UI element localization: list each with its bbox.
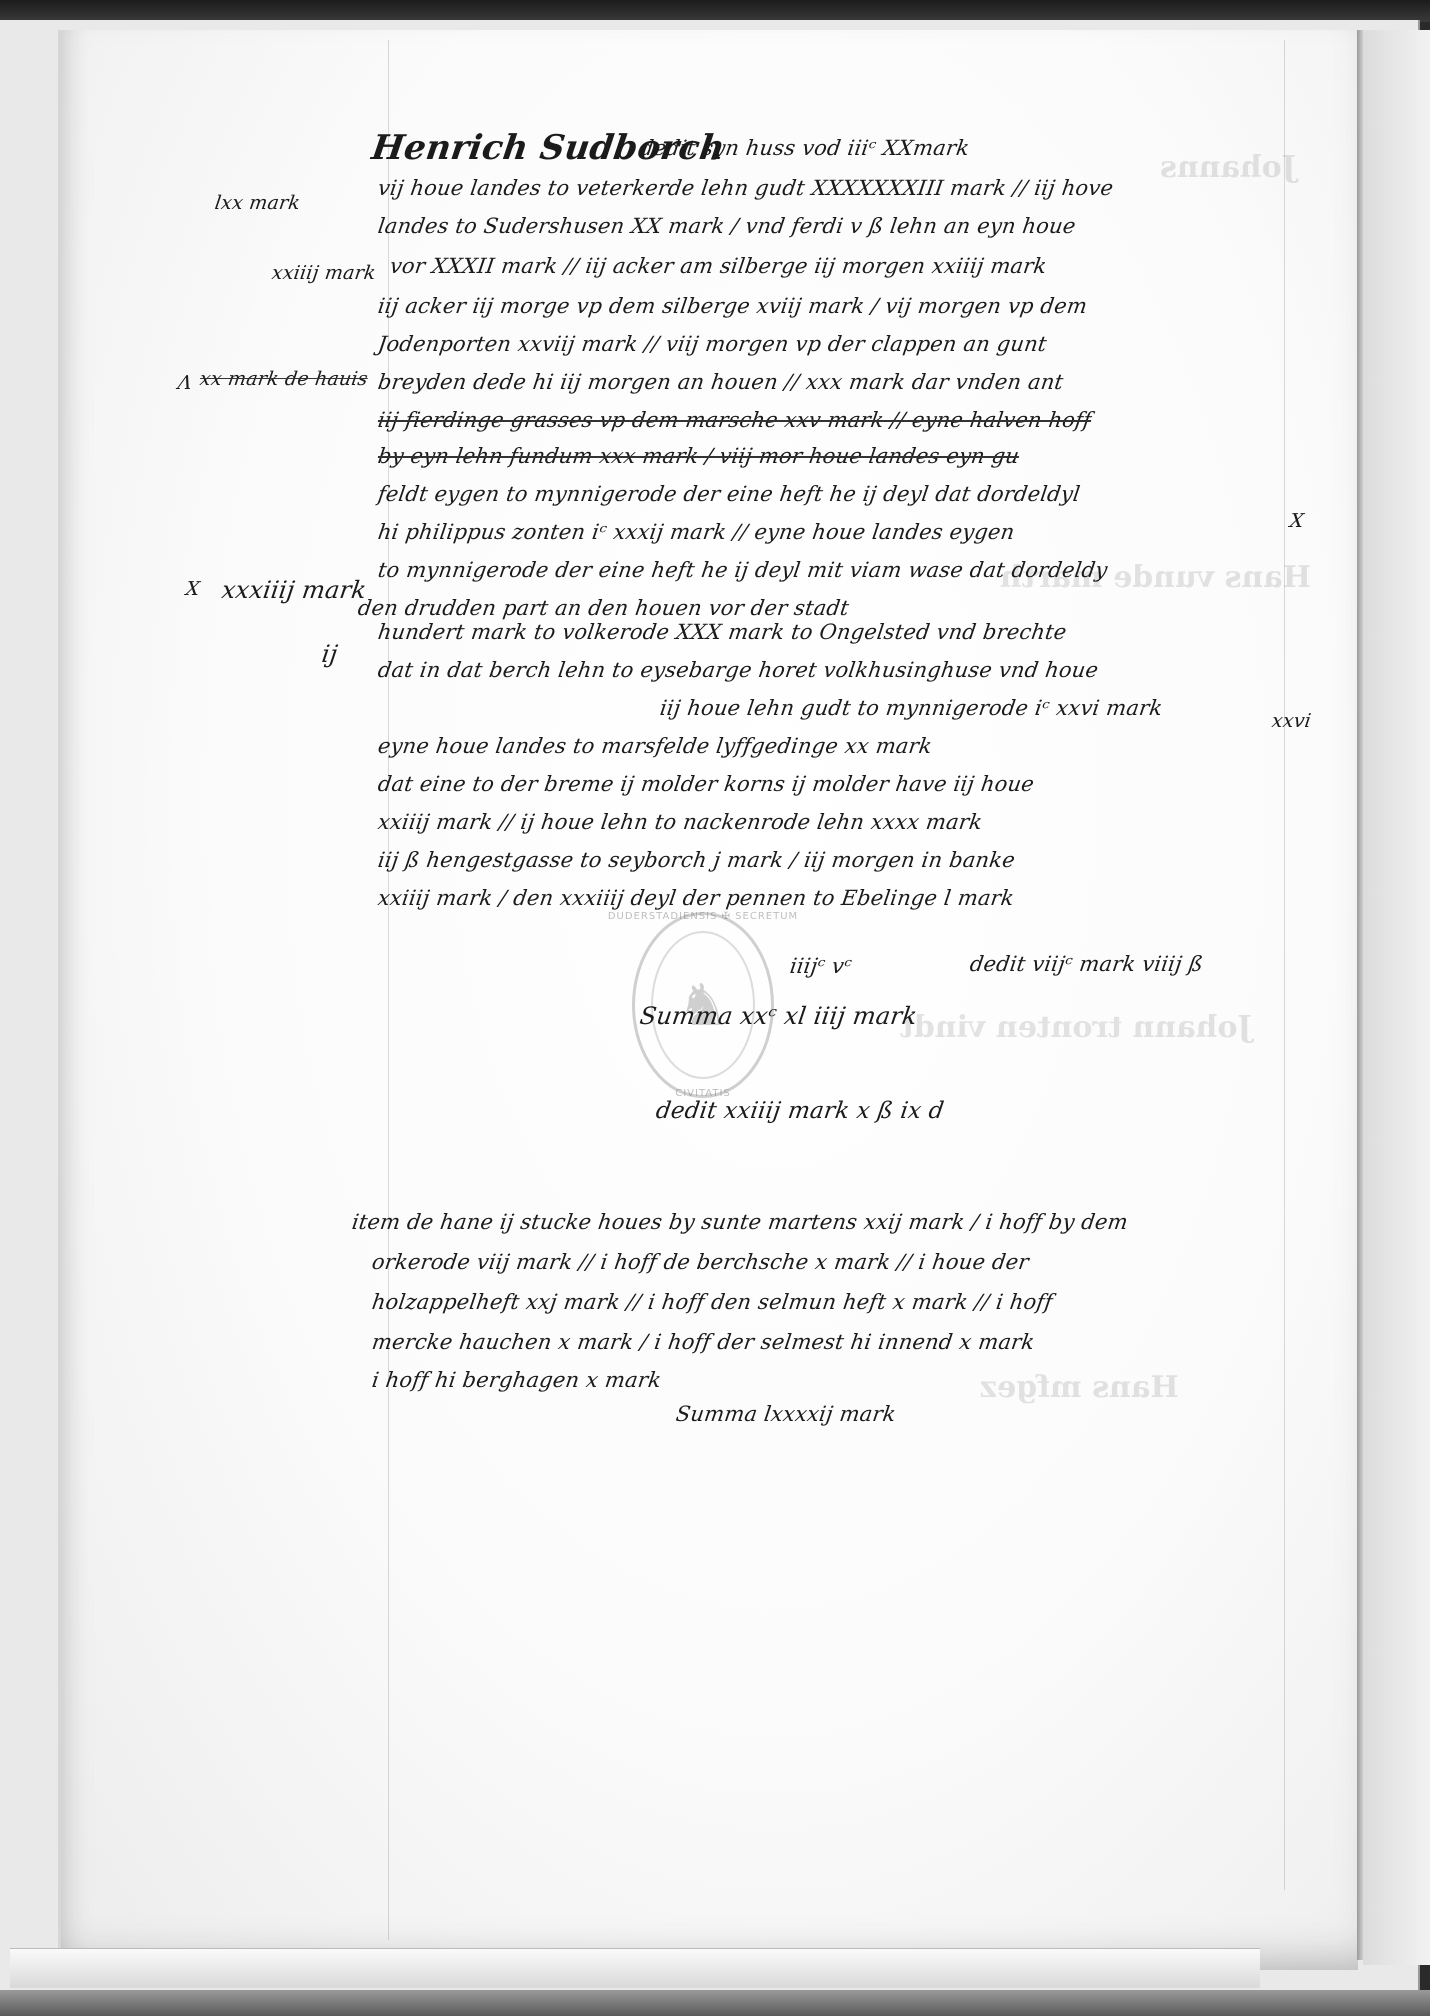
text-line: hundert mark to volkerode XXX mark to On…	[377, 622, 1068, 643]
text-line: item de hane ij stucke houes by sunte ma…	[351, 1212, 1130, 1233]
margin-note: xxvi	[1270, 710, 1312, 732]
stamp-text-top: DUDERSTADIENSIS ✠ SECRETUM	[608, 911, 798, 922]
subtotal-right: dedit viijᶜ mark viiij ß	[969, 954, 1205, 975]
margin-note-struck: xx mark de hauis	[198, 368, 369, 390]
text-line: dat eine to der breme ij molder korns ij…	[377, 774, 1036, 795]
text-line: den drudden part an den houen vor der st…	[357, 598, 851, 619]
bleed-through-text: Johann tronten vindt	[900, 1010, 1252, 1045]
entry-three-summa: Summa lxxxxij mark	[675, 1404, 898, 1425]
text-line: vor XXXII mark // iij acker am silberge …	[389, 256, 1048, 277]
text-line-struck: iij fierdinge grasses vp dem marsche xxv…	[377, 410, 1093, 431]
margin-note: xxiiij mark	[270, 262, 377, 284]
text-line: hi philippus zonten iᶜ xxxij mark // eyn…	[377, 522, 1016, 543]
text-line: i hoff hi berghagen x mark	[371, 1370, 663, 1391]
debit-total: dedit xxiiij mark x ß ix d	[654, 1100, 945, 1123]
text-line: iij ß hengestgasse to seyborch j mark / …	[377, 850, 1017, 871]
page-bottom-edge	[10, 1948, 1260, 1988]
text-line: holzappelheft xxj mark // i hoff den sel…	[371, 1292, 1054, 1313]
text-line: vij houe landes to veterkerde lehn gudt …	[377, 178, 1115, 199]
text-line: breyden dede hi iij morgen an houen // x…	[377, 372, 1065, 393]
text-line: xxiiij mark / den xxxiiij deyl der penne…	[377, 888, 1016, 909]
subtotal-left: iiijᶜ vᶜ	[789, 956, 854, 977]
text-line: eyne houe landes to marsfelde lyffgeding…	[377, 736, 934, 757]
text-line: iij houe lehn gudt to mynnigerode iᶜ xxv…	[659, 698, 1164, 719]
text-line: xxiiij mark // ij houe lehn to nackenrod…	[377, 812, 984, 833]
right-leaf-edge	[1363, 30, 1430, 1965]
left-margin-rule	[388, 40, 389, 1940]
text-line: feldt eygen to mynnigerode der eine heft…	[377, 484, 1082, 505]
scan-top-border	[0, 0, 1430, 22]
text-line: dat in dat berch lehn to eysebarge horet…	[377, 660, 1100, 681]
text-line: dedit syn huss vod iiiᶜ XXmark	[639, 138, 971, 159]
text-line: mercke hauchen x mark / i hoff der selme…	[371, 1332, 1036, 1353]
summa-total: Summa xxᶜ xl iiij mark	[638, 1004, 918, 1028]
margin-symbol: X	[184, 578, 201, 600]
bleed-through-text: Johanns	[1160, 150, 1296, 185]
text-line: landes to Sudershusen XX mark / vnd ferd…	[377, 216, 1077, 237]
text-line: Jodenporten xxviij mark // viij morgen v…	[377, 334, 1049, 355]
margin-symbol: Λ	[176, 372, 193, 394]
margin-symbol: ij	[320, 640, 339, 668]
right-margin-rule	[1284, 40, 1285, 1890]
text-line: iij acker iij morge vp dem silberge xvii…	[377, 296, 1089, 317]
margin-note: xxxiiij mark	[220, 576, 368, 604]
text-line-struck: by eyn lehn fundum xxx mark / viij mor h…	[377, 446, 1021, 467]
text-line: orkerode viij mark // i hoff de berchsch…	[371, 1252, 1031, 1273]
margin-symbol: X	[1288, 510, 1305, 532]
margin-note: lxx mark	[213, 192, 301, 214]
scan-bottom-border	[0, 1990, 1430, 2016]
bleed-through-text: Hans mfgez	[980, 1370, 1179, 1405]
text-line: to mynnigerode der eine heft he ij deyl …	[377, 560, 1109, 581]
